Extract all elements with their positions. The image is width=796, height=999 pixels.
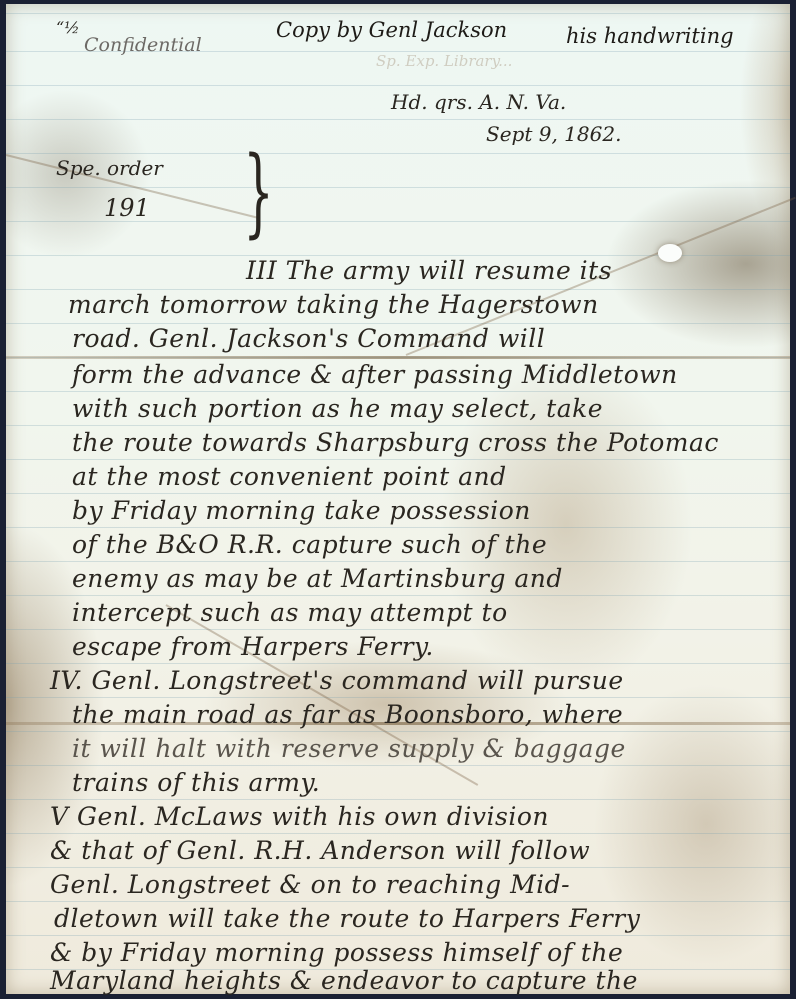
faint-stamp: Sp. Exp. Library... [376, 52, 512, 70]
body-line: with such portion as he may select, take [72, 394, 603, 423]
order-number: 191 [104, 194, 150, 222]
body-line: at the most convenient point and [72, 462, 507, 491]
corner-mark: “½ [56, 18, 80, 37]
body-line: enemy as may be at Martinsburg and [72, 564, 563, 593]
body-line: dletown will take the route to Harpers F… [54, 904, 640, 933]
body-line: the route towards Sharpsburg cross the P… [72, 428, 719, 457]
body-line: march tomorrow taking the Hagerstown [68, 290, 599, 319]
body-line: form the advance & after passing Middlet… [72, 360, 678, 389]
body-line: escape from Harpers Ferry. [72, 632, 434, 661]
body-line: & that of Genl. R.H. Anderson will follo… [50, 836, 590, 865]
body-line: Genl. Longstreet & on to reaching Mid- [50, 870, 570, 899]
body-line: IV. Genl. Longstreet's command will purs… [50, 666, 624, 695]
document-title: Copy by Genl Jackson [276, 18, 507, 42]
body-line: the main road as far as Boonsboro, where [72, 700, 623, 729]
body-line: V Genl. McLaws with his own division [50, 802, 549, 831]
manuscript-page: “½ Confidential Copy by Genl Jackson his… [6, 4, 790, 994]
document-title-suffix: his handwriting [566, 24, 734, 48]
body-line: road. Genl. Jackson's Command will [72, 324, 545, 353]
confidential-note: Confidential [84, 34, 202, 56]
body-line: III The army will resume its [246, 256, 612, 285]
date-line: Sept 9, 1862. [486, 122, 621, 146]
fold-line [6, 356, 790, 359]
brace-mark: } [243, 144, 274, 240]
body-line: & by Friday morning possess himself of t… [50, 938, 623, 967]
body-line: by Friday morning take possession [72, 496, 531, 525]
paper-hole [658, 244, 682, 262]
body-line: it will halt with reserve supply & bagga… [72, 734, 626, 763]
body-line: Maryland heights & endeavor to capture t… [50, 966, 638, 995]
body-line: intercept such as may attempt to [72, 598, 508, 627]
body-line: of the B&O R.R. capture such of the [72, 530, 547, 559]
body-line: trains of this army. [72, 768, 320, 797]
headquarters-line: Hd. qrs. A. N. Va. [391, 90, 566, 114]
order-label: Spe. order [56, 156, 163, 180]
